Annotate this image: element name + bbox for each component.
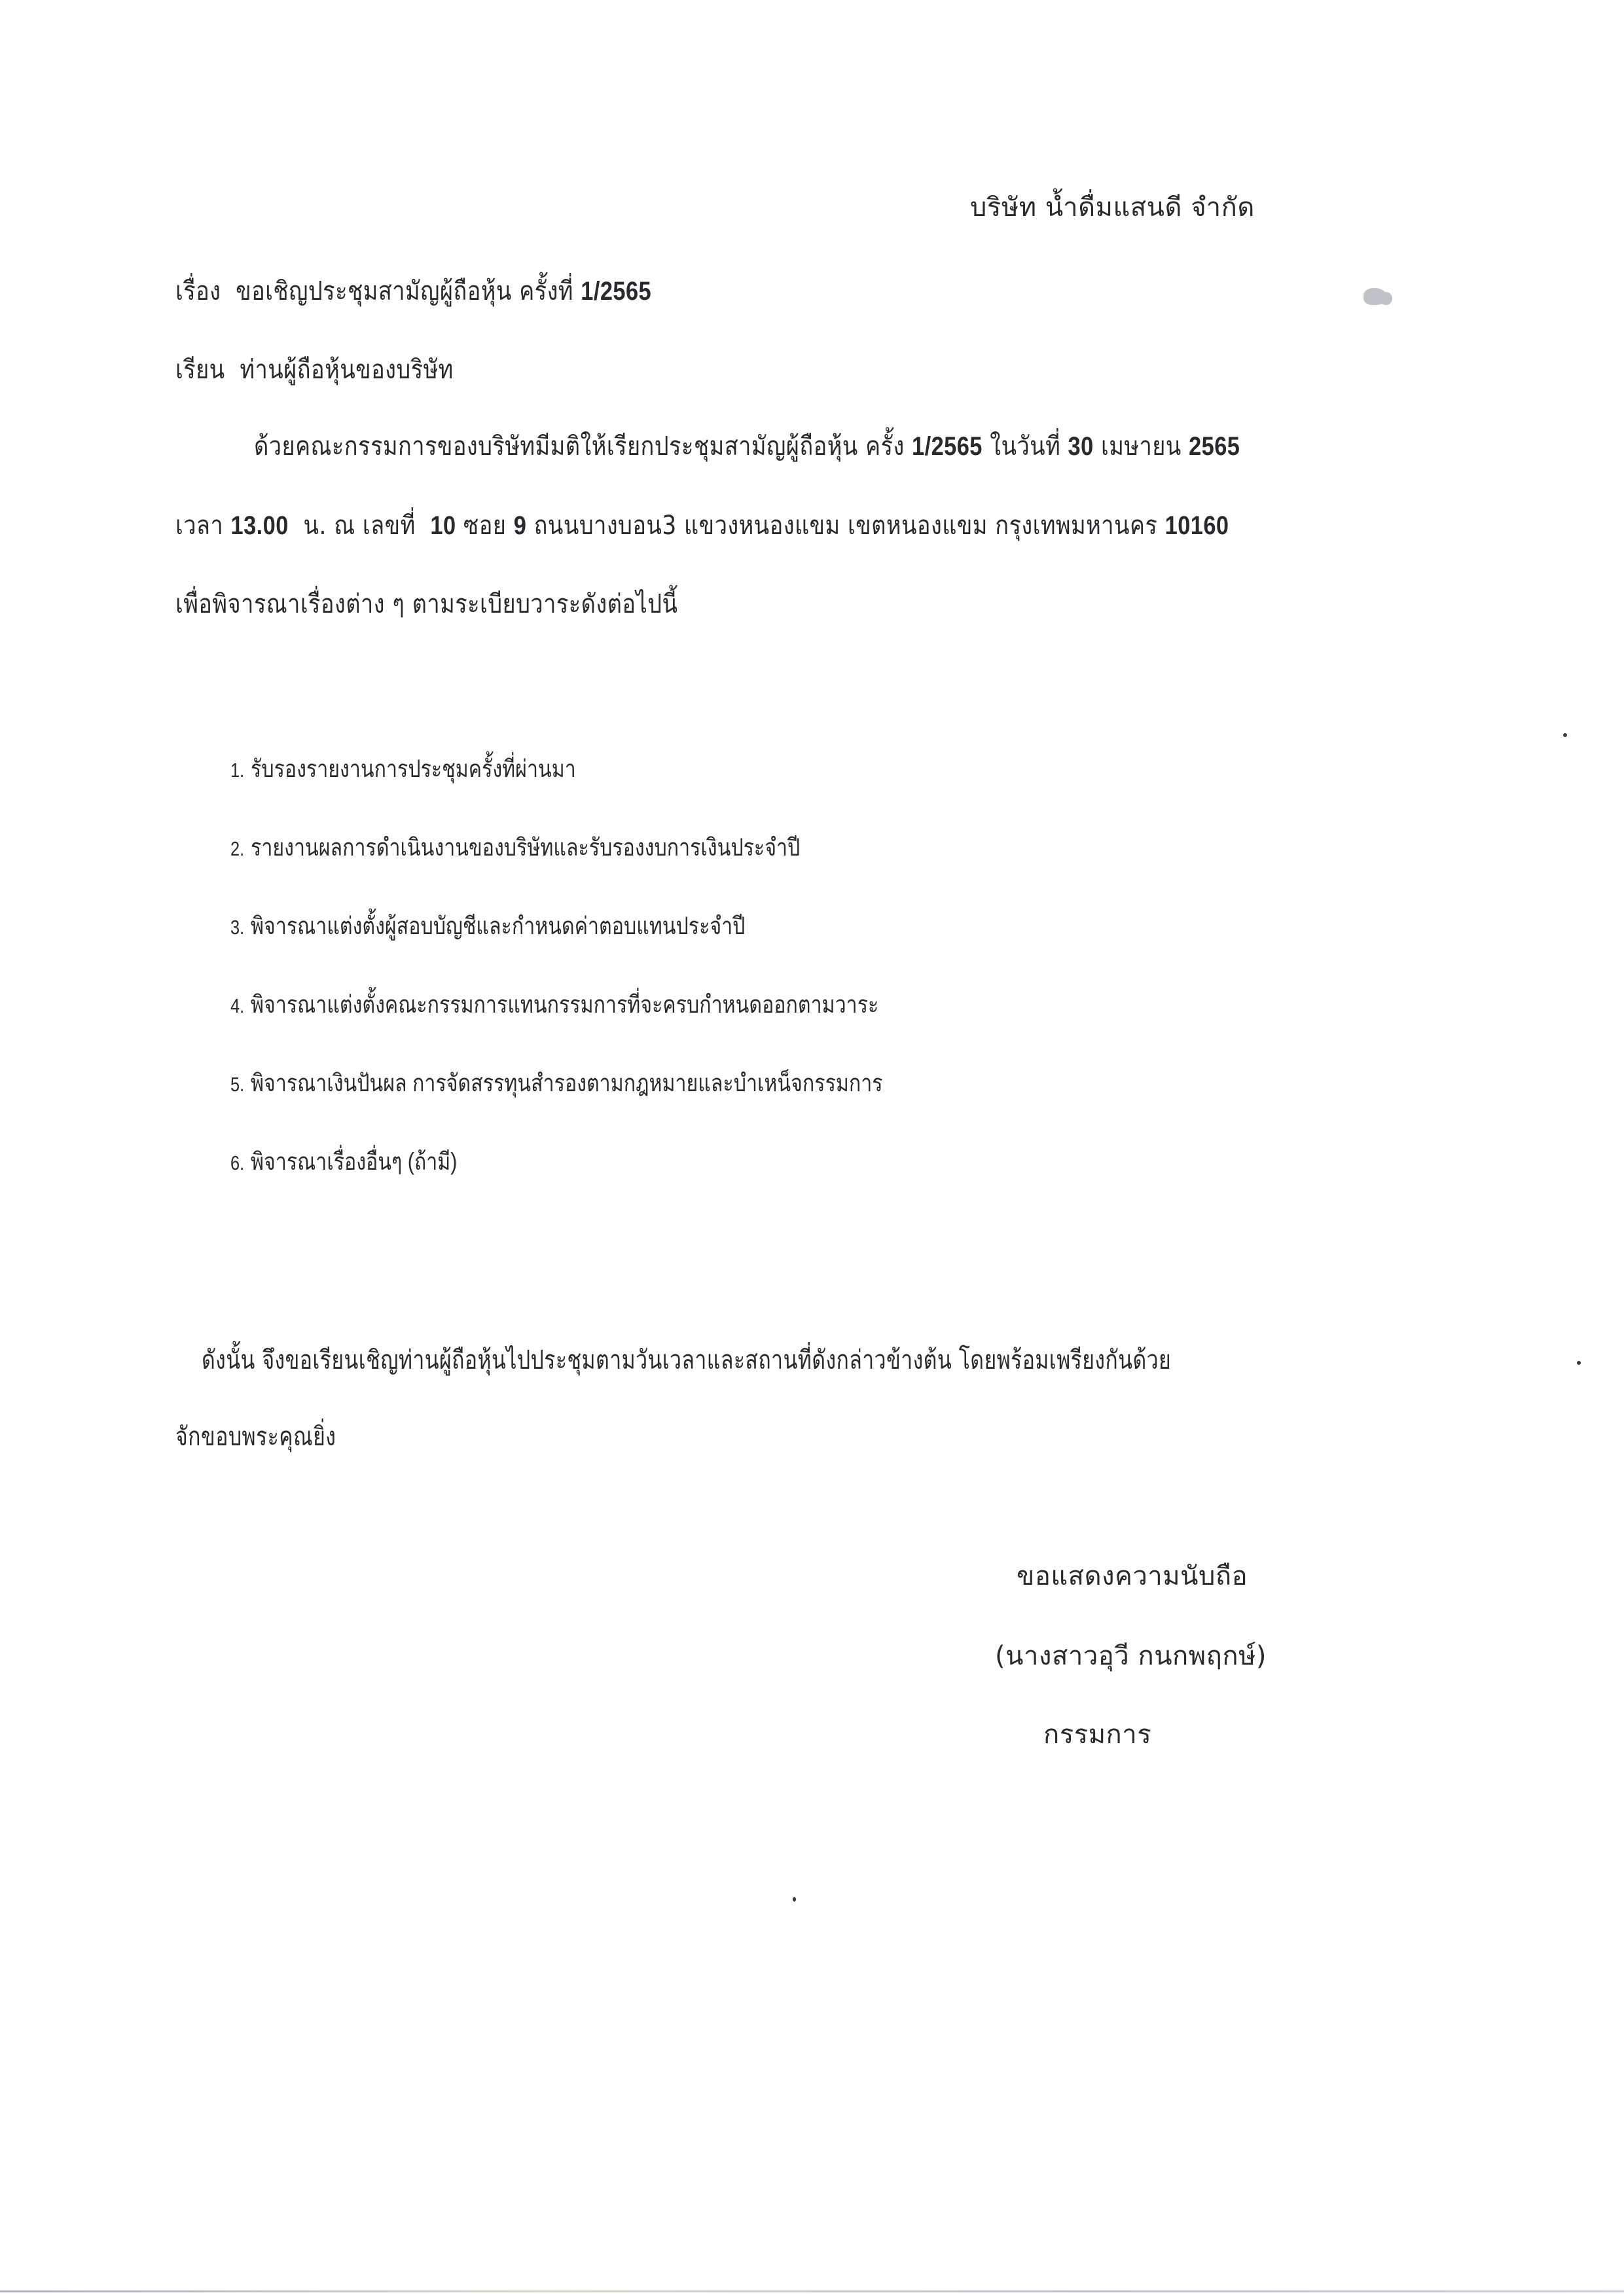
agenda-item: 2.รายงานผลการดำเนินงานของบริษัทและรับรอง…	[230, 828, 800, 869]
scan-bottom-edge	[0, 2290, 1624, 2292]
agenda-item: 4.พิจารณาแต่งตั้งคณะกรรมการแทนกรรมการที่…	[230, 985, 878, 1026]
agenda-item: 6.พิจารณาเรื่องอื่นๆ (ถ้ามี)	[230, 1142, 457, 1183]
address-soi-label: ซอย	[463, 511, 506, 541]
scan-speck	[1577, 1361, 1581, 1365]
body-line-1: ด้วยคณะกรรมการของบริษัทมีมติให้เรียกประช…	[254, 427, 1240, 466]
salutation-text: ท่านผู้ถือหุ้นของบริษัท	[240, 355, 453, 385]
body-line-2: เวลา 13.00 น. ณ เลขที่ 10 ซอย 9 ถนนบางบอ…	[175, 506, 1229, 545]
scan-speck	[793, 1897, 796, 1902]
agenda-item: 3.พิจารณาแต่งตั้งผู้สอบบัญชีและกำหนดค่าต…	[230, 907, 745, 947]
agenda-text: พิจารณาเงินปันผล การจัดสรรทุนสำรองตามกฎห…	[251, 1070, 883, 1096]
time-label: เวลา	[175, 511, 223, 541]
signature-regards: ขอแสดงความนับถือ	[1017, 1557, 1248, 1596]
signatory-name: (นางสาวอุวี กนกพฤกษ์)	[995, 1636, 1267, 1676]
agenda-index: 6.	[230, 1151, 244, 1174]
agenda-text: พิจารณาแต่งตั้งผู้สอบบัญชีและกำหนดค่าตอบ…	[251, 913, 745, 939]
agenda-text: รับรองรายงานการประชุมครั้งที่ผ่านมา	[251, 755, 576, 782]
meeting-time: 13.00	[231, 511, 289, 540]
agenda-text: พิจารณาเรื่องอื่นๆ (ถ้ามี)	[251, 1148, 457, 1175]
body-line-3: เพื่อพิจารณาเรื่องต่าง ๆ ตามระเบียบวาระด…	[175, 585, 677, 624]
closing-line-1: ดังนั้น จึงขอเรียนเชิญท่านผู้ถือหุ้นไปปร…	[202, 1341, 1171, 1380]
address-house-number: 10	[430, 511, 456, 540]
address-postcode: 10160	[1165, 511, 1229, 540]
address-at-label: น. ณ เลขที่	[304, 511, 416, 541]
agenda-index: 1.	[230, 759, 244, 782]
closing-line-2: จักขอบพระคุณยิ่ง	[175, 1417, 336, 1456]
agenda-index: 5.	[230, 1073, 244, 1096]
body-on-date-label: ในวันที่	[990, 431, 1060, 461]
scan-speck	[1563, 733, 1567, 737]
subject-meeting-number: 1/2565	[581, 277, 651, 306]
signatory-title: กรรมการ	[1043, 1715, 1151, 1754]
salutation-label: เรียน	[175, 355, 225, 385]
meeting-year: 2565	[1189, 432, 1240, 461]
address-soi-number: 9	[514, 511, 527, 540]
agenda-index: 3.	[230, 916, 244, 939]
agenda-index: 2.	[230, 837, 244, 860]
address-road: ถนนบางบอน3	[534, 511, 677, 541]
body-meeting-number: 1/2565	[912, 432, 983, 461]
meeting-day: 30	[1068, 432, 1094, 461]
subject-label: เรื่อง	[175, 276, 221, 306]
body-intro-text: ด้วยคณะกรรมการของบริษัทมีมติให้เรียกประช…	[254, 431, 905, 461]
subject-line: เรื่อง ขอเชิญประชุมสามัญผู้ถือหุ้น ครั้ง…	[175, 272, 651, 311]
letter-page: บริษัท น้ำดื่มแสนดี จำกัด เรื่อง ขอเชิญป…	[0, 0, 1624, 2295]
agenda-text: รายงานผลการดำเนินงานของบริษัทและรับรองงบ…	[251, 834, 800, 861]
salutation-line: เรียน ท่านผู้ถือหุ้นของบริษัท	[175, 350, 454, 389]
subject-text: ขอเชิญประชุมสามัญผู้ถือหุ้น ครั้งที่	[236, 276, 573, 306]
agenda-index: 4.	[230, 994, 244, 1017]
company-name: บริษัท น้ำดื่มแสนดี จำกัด	[970, 188, 1255, 227]
meeting-month: เมษายน	[1101, 431, 1182, 461]
agenda-text: พิจารณาแต่งตั้งคณะกรรมการแทนกรรมการที่จะ…	[251, 991, 878, 1018]
agenda-item: 5.พิจารณาเงินปันผล การจัดสรรทุนสำรองตามก…	[230, 1064, 883, 1104]
scan-smudge	[1363, 288, 1387, 305]
agenda-item: 1.รับรองรายงานการประชุมครั้งที่ผ่านมา	[230, 750, 576, 790]
address-district: แขวงหนองแขม เขตหนองแขม กรุงเทพมหานคร	[684, 511, 1157, 541]
